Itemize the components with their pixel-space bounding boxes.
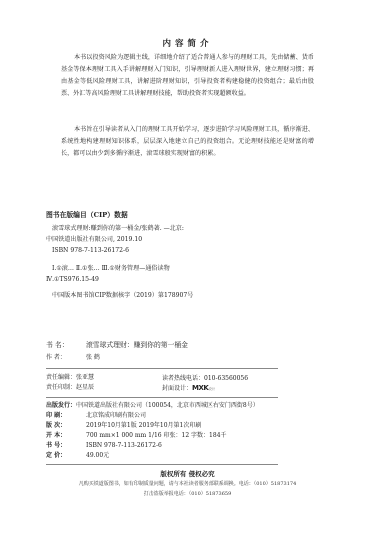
- book-name-label: 书 名：: [46, 341, 86, 351]
- editor-label: 责任编辑：: [46, 374, 76, 381]
- pub-row-isbn: 书 号：ISBN 978-7-113-26172-6: [46, 441, 162, 451]
- isbn: ISBN 978-7-113-26172-6: [86, 442, 162, 449]
- price: 49.00元: [86, 452, 109, 459]
- printing: 赵星辰: [76, 384, 94, 391]
- publisher-label: 出版发行：: [46, 402, 76, 409]
- hotline: 010-63560056: [204, 375, 248, 382]
- editor: 张亚慧: [76, 374, 94, 381]
- cip-heading: 图书在版编目（CIP）数据: [46, 209, 128, 219]
- hotline-label: 读者热线电话：: [162, 375, 204, 382]
- pub-row-edition: 版 次：2019年10月第1版 2019年10月第1次印刷: [46, 421, 201, 431]
- edition: 2019年10月第1版 2019年10月第1次印刷: [86, 422, 201, 429]
- hotline-row: 读者热线电话：010-63560056: [162, 373, 248, 382]
- cip-line-6: 中国版本图书馆CIP数据核字（2019）第178907号: [52, 291, 193, 302]
- author-row: 作 者：张 鹤: [46, 353, 100, 363]
- cover-design-logo: MXK: [192, 384, 208, 392]
- cip-line-3: ISBN 978-7-113-26172-6: [52, 246, 129, 257]
- isbn-label: 书 号：: [46, 441, 86, 451]
- pub-row-printer: 印 刷：北京铭成印刷有限公司: [46, 411, 146, 421]
- summary-paragraph-1: 本书以投资风险为逻辑主线，详细地介绍了适合普通人参与的理财工具，先由储蓄、货币基…: [61, 52, 314, 100]
- cip-line-2: 中国铁道出版社有限公司, 2019.10: [46, 235, 142, 246]
- pub-row-format: 开 本：700 mm×1 000 mm 1/16 印张：12 字数：184千: [46, 431, 227, 441]
- rights-notice: 凡购买铁道版图书，如有印制质量问题，请与本社读者服务部联系调换。电话：（010）…: [0, 480, 375, 487]
- printer: 北京铭成印刷有限公司: [86, 412, 146, 419]
- divider-2: [46, 397, 278, 398]
- summary-title: 内容简介: [0, 37, 375, 49]
- cip-line-1: 滚雪球式理财:赚到你的第一桶金/张鹤著. —北京:: [52, 224, 184, 235]
- cover-row: 封面设计：MXK设计: [162, 383, 215, 392]
- pub-row-price: 定 价：49.00元: [46, 451, 109, 461]
- divider-3: [46, 464, 278, 465]
- cip-line-4: Ⅰ.①滚… Ⅱ.①张… Ⅲ.①财务管理—通俗读物: [52, 264, 170, 275]
- book-name: 滚雪球式理财：赚到你的第一桶金: [86, 341, 188, 349]
- format: 700 mm×1 000 mm 1/16 印张：12 字数：184千: [86, 432, 227, 439]
- author: 张 鹤: [86, 354, 100, 361]
- pub-row-publisher: 出版发行：中国铁道出版社有限公司（100054，北京市西城区右安门西街8号）: [46, 401, 259, 411]
- rights-title: 版权所有 侵权必究: [0, 469, 375, 478]
- cip-line-5: Ⅳ.①TS976.15-49: [46, 275, 99, 286]
- cover-label: 封面设计：: [162, 385, 192, 392]
- printing-label: 责任印制：: [46, 384, 76, 391]
- printing-row: 责任印制：赵星辰: [46, 383, 94, 393]
- summary-paragraph-2: 本书旨在引导读者从入门的理财工具开始学习，逐步进阶学习风险理财工具，循序渐进、系…: [61, 124, 314, 160]
- book-name-row: 书 名：滚雪球式理财：赚到你的第一桶金: [46, 341, 188, 351]
- editor-row: 责任编辑：张亚慧: [46, 373, 94, 383]
- cover-design-logo-sub: 设计: [208, 387, 215, 391]
- price-label: 定 价：: [46, 451, 86, 461]
- publisher: 中国铁道出版社有限公司（100054，北京市西城区右安门西街8号）: [76, 402, 259, 409]
- edition-label: 版 次：: [46, 421, 86, 431]
- piracy-hotline: 打击盗版举报电话：（010）51873659: [0, 490, 375, 497]
- printer-label: 印 刷：: [46, 411, 86, 421]
- format-label: 开 本：: [46, 431, 86, 441]
- author-label: 作 者：: [46, 353, 86, 363]
- divider-1: [46, 368, 278, 369]
